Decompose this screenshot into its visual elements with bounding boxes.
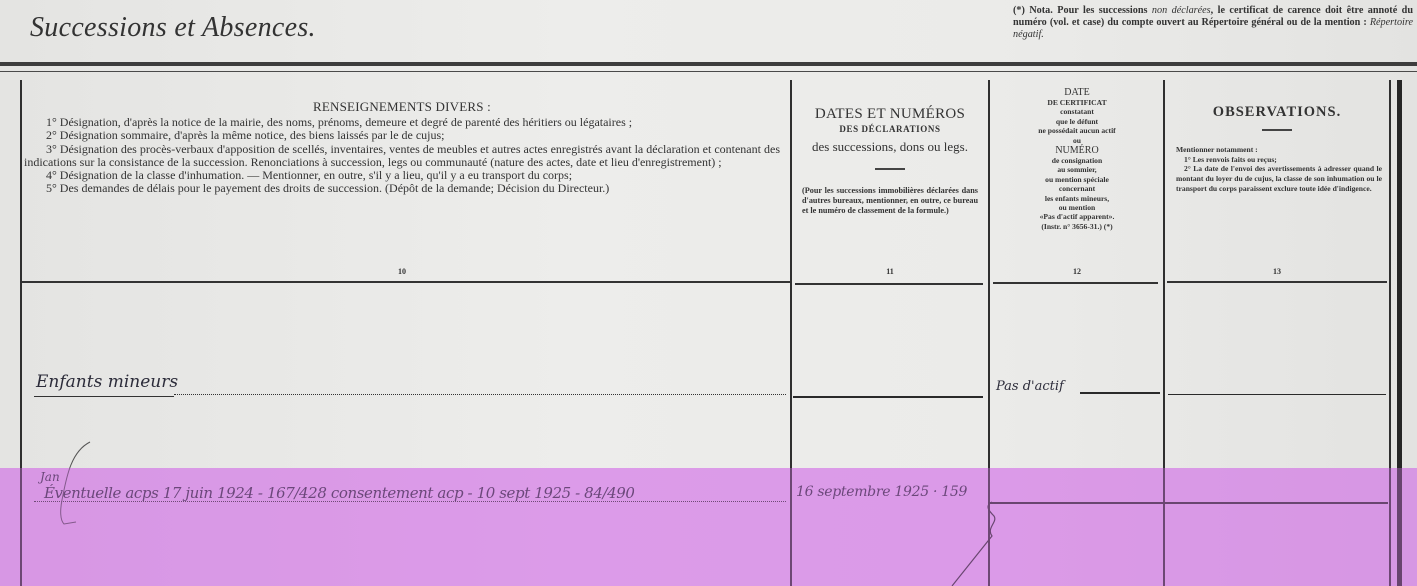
top-thick-rule xyxy=(0,62,1417,66)
column-header-dates-numeros: DATES ET NUMÉROS DES DÉCLARATIONS des su… xyxy=(794,94,986,278)
header-line: ou mention xyxy=(992,203,1162,212)
nota-italic-1: non déclarées xyxy=(1152,5,1211,16)
page-title: Successions et Absences. xyxy=(30,12,316,44)
entry-1-col11-rule xyxy=(793,396,983,398)
entry-1-col13-rule xyxy=(1168,394,1386,395)
column-subtitle: DES DÉCLARATIONS xyxy=(794,123,986,136)
column-border-10-11 xyxy=(790,80,792,586)
entry-2-date-declaration: 16 septembre 1925 · 159 xyxy=(796,484,967,500)
column-number: 13 xyxy=(1168,265,1386,278)
header-line: NUMÉRO xyxy=(992,145,1162,156)
header-line: ou xyxy=(992,136,1162,145)
entry-1-renseignements: Enfants mineurs xyxy=(36,372,178,392)
nota-footnote: (*) Nota. Pour les successions non décla… xyxy=(1013,5,1413,41)
header-dash xyxy=(875,168,905,170)
observation-line: Mentionner notamment : xyxy=(1168,145,1386,155)
header-line: constatant xyxy=(992,107,1162,116)
header-line: au sommier, xyxy=(992,165,1162,174)
header-line: DE CERTIFICAT xyxy=(992,98,1162,107)
header-line: ne possédait aucun actif xyxy=(992,126,1162,135)
entry-2-pen-stroke xyxy=(940,500,1000,586)
instruction-item-5: 5° Des demandes de délais pour le payeme… xyxy=(24,182,780,195)
column-title: DATES ET NUMÉROS xyxy=(794,108,986,121)
observation-line: 1° Les renvois faits ou reçus; xyxy=(1168,155,1386,165)
column-border-right-thick xyxy=(1397,80,1402,586)
entry-1-dotted-leader xyxy=(174,394,786,395)
observation-line: 2° La date de l'envoi des avertissements… xyxy=(1168,164,1386,193)
top-thin-rule xyxy=(0,71,1417,72)
entry-2-renseignements: Éventuelle acps 17 juin 1924 - 167/428 c… xyxy=(44,484,635,502)
header-rule-col11 xyxy=(795,283,983,285)
header-line: (Instr. n° 3656-31.) (*) xyxy=(992,222,1162,231)
nota-prefix: (*) Nota. xyxy=(1013,5,1053,16)
column-number: 12 xyxy=(992,265,1162,278)
instruction-item-2: 2° Désignation sommaire, d'après la même… xyxy=(24,129,780,142)
column-number: 11 xyxy=(794,265,986,278)
header-rule-col12 xyxy=(993,282,1158,284)
column-title: OBSERVATIONS. xyxy=(1168,106,1386,119)
entry-1-underline xyxy=(34,396,174,397)
column-border-left xyxy=(20,80,22,586)
entry-2-margin-mark xyxy=(40,440,100,540)
header-dash xyxy=(1262,129,1292,131)
column-note: (Pour les successions immobilières décla… xyxy=(794,186,986,216)
header-line: que le défunt xyxy=(992,117,1162,126)
register-page: Successions et Absences. (*) Nota. Pour … xyxy=(0,0,1417,586)
header-line: de consignation xyxy=(992,156,1162,165)
entry-2-dotted-leader xyxy=(34,501,786,502)
instruction-item-3: 3° Désignation des procès-verbaux d'appo… xyxy=(24,143,780,169)
entry-1-col12-rule xyxy=(1080,392,1160,394)
entry-2-rule xyxy=(988,502,1388,504)
header-rule-col13 xyxy=(1167,281,1387,283)
header-line: DATE xyxy=(992,87,1162,98)
header-rule-col10 xyxy=(22,281,790,283)
header-line: les enfants mineurs, xyxy=(992,194,1162,203)
entry-1-date-certificat: Pas d'actif xyxy=(996,379,1064,394)
header-line: concernant xyxy=(992,184,1162,193)
column-number: 10 xyxy=(24,265,780,278)
column-header-renseignements: RENSEIGNEMENTS DIVERS : 1° Désignation, … xyxy=(24,100,780,278)
column-border-right-thin xyxy=(1389,80,1391,586)
column-border-12-13 xyxy=(1163,80,1165,586)
column-header-observations: OBSERVATIONS. Mentionner notamment : 1° … xyxy=(1168,80,1386,278)
header-line: ou mention spéciale xyxy=(992,175,1162,184)
column-title: RENSEIGNEMENTS DIVERS : xyxy=(24,100,780,113)
nota-text-1: Pour les successions xyxy=(1053,5,1152,16)
header-line: «Pas d'actif apparent». xyxy=(992,212,1162,221)
column-subtitle-2: des successions, dons ou legs. xyxy=(794,140,986,153)
column-header-date-certificat: DATE DE CERTIFICAT constatant que le déf… xyxy=(992,87,1162,278)
